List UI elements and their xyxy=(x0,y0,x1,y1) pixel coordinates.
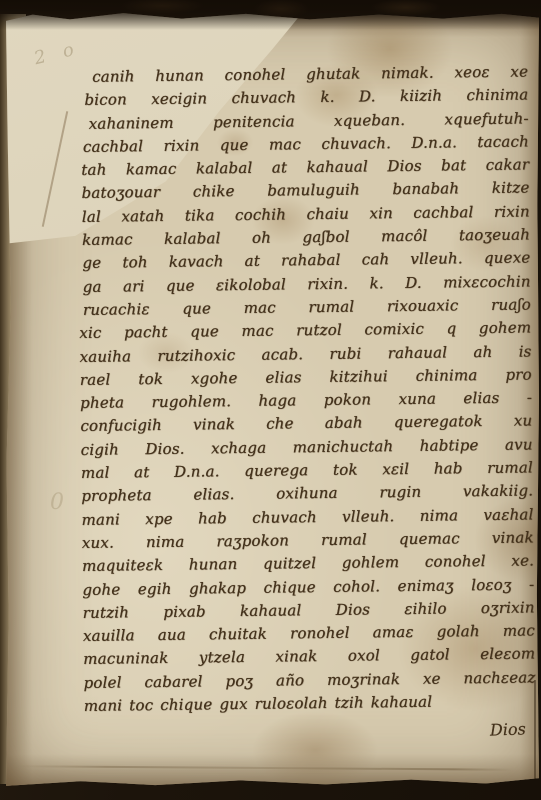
page-edge-shadow-line xyxy=(534,680,536,780)
manuscript-photo: 2 o 0 canih hunan conohel ghutak nimak. … xyxy=(0,0,541,800)
manuscript-line: mani toc chique gux ruloɛolah tzih kahau… xyxy=(84,689,536,718)
catchword: Dios xyxy=(490,719,526,740)
manuscript-page: 2 o 0 canih hunan conohel ghutak nimak. … xyxy=(6,10,539,789)
bottom-crease-line xyxy=(17,765,513,770)
faint-margin-mark: 0 xyxy=(50,492,64,514)
manuscript-text-block: canih hunan conohel ghutak nimak. xeoɛ x… xyxy=(76,60,536,718)
